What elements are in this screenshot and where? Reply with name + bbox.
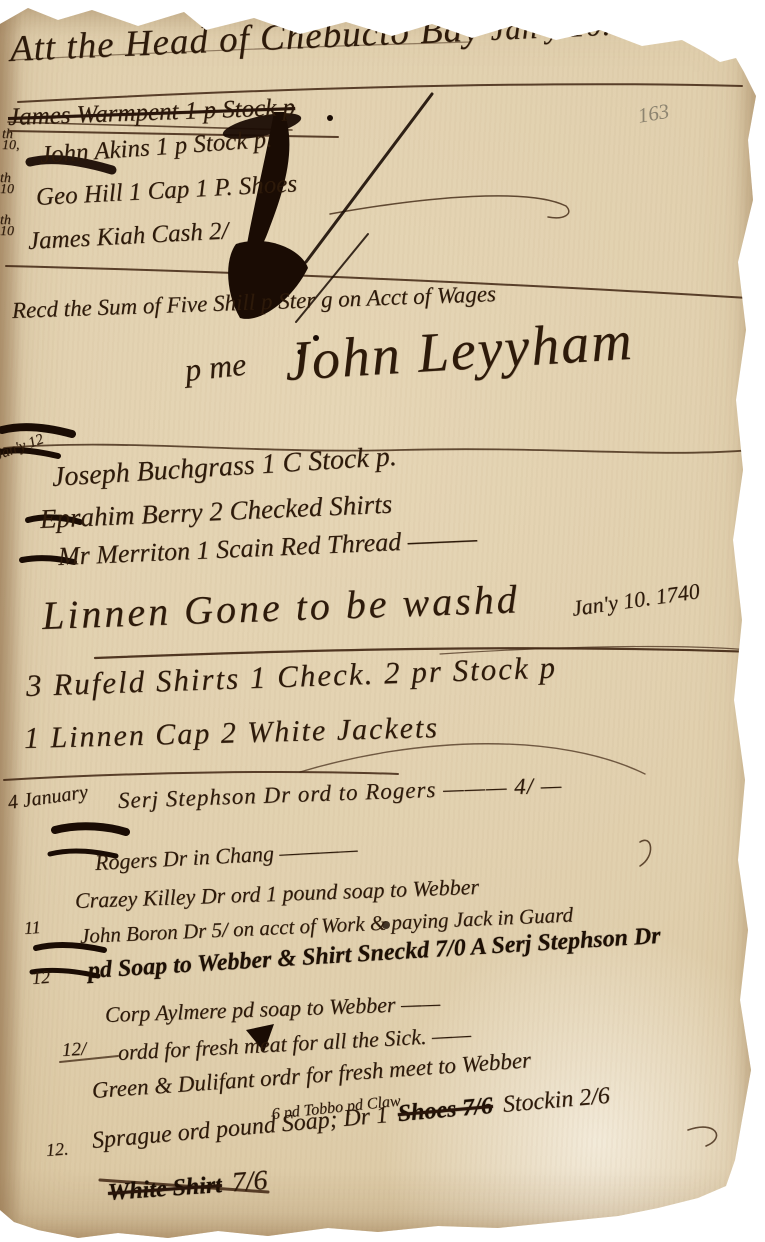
flourish-line — [688, 1127, 716, 1146]
journal-line: White Shirt7/6 — [107, 1165, 269, 1208]
receipt-line: Recd the Sum of Five Shill p Ster g on A… — [12, 281, 497, 324]
strike-text: White Shirt — [107, 1172, 223, 1206]
entry-line: Geo Hill 1 Cap 1 P. Shoes — [35, 170, 297, 212]
day-marker: th 10 — [0, 174, 14, 196]
header-place: Att the Head of Chebucto Bay — [9, 8, 481, 70]
entry-line: Joseph Buchgrass 1 C Stock p. — [51, 441, 398, 494]
laundry-item: 3 Rufeld Shirts 1 Check. 2 pr Stock p — [25, 649, 557, 704]
ink-smear — [55, 826, 126, 832]
laundry-date: Jan'y 10. 1740 — [570, 578, 701, 622]
journal-margin: 12/ — [61, 1039, 86, 1062]
journal-line: Corp Aylmere pd soap to Webber —— — [105, 990, 441, 1028]
section-margin-date: Jan'y 12 — [0, 431, 46, 464]
journal-text: Sprague ord pound Soap; Dr 1 — [91, 1102, 389, 1154]
pen-stroke — [306, 94, 432, 262]
signature: John Leyyham — [283, 309, 635, 394]
journal-line: Rogers Dr in Chang ———— — [94, 836, 358, 876]
journal-tail: Stockin 2/6 — [502, 1083, 611, 1118]
journal-margin: 4 January — [6, 781, 89, 815]
laundry-heading: Linnen Gone to be washd — [41, 575, 520, 639]
day-marker: th 10 — [0, 216, 14, 238]
journal-line: Crazey Killey Dr ord 1 pound soap to Web… — [75, 874, 480, 914]
rule-line — [4, 772, 398, 780]
paper-sheet: Att the Head of Chebucto BayJan'y 10. 17… — [0, 0, 765, 1242]
header-date: Jan'y 10. 1749 — [490, 4, 687, 47]
manuscript-scan: Att the Head of Chebucto BayJan'y 10. 17… — [0, 0, 765, 1242]
entry-line: James Kiah Cash 2/ — [27, 218, 229, 256]
journal-margin: 12 — [31, 967, 50, 989]
page-header: Att the Head of Chebucto BayJan'y 10. 17… — [9, 0, 687, 71]
journal-tail: 7/6 — [231, 1165, 269, 1198]
entry-line: Eprahim Berry 2 Checked Shirts — [39, 489, 392, 535]
journal-margin: 12. — [45, 1138, 69, 1161]
entry-line: John Akins 1 p Stock p. — [39, 126, 273, 170]
journal-margin: 11 — [23, 917, 41, 939]
day-marker: th 10, — [2, 130, 20, 152]
per-mark: p me — [183, 346, 248, 389]
laundry-item: 1 Linnen Cap 2 White Jackets — [24, 711, 440, 756]
flourish-line — [330, 196, 569, 218]
strike-text: Shoes 7/6 — [397, 1093, 494, 1127]
journal-line: Serj Stephson Dr ord to Rogers ——— 4/ — — [118, 772, 563, 813]
page-number: 163 — [636, 99, 671, 129]
flourish-line — [300, 744, 645, 774]
flourish-line — [640, 840, 651, 866]
ink-spot — [327, 115, 333, 121]
